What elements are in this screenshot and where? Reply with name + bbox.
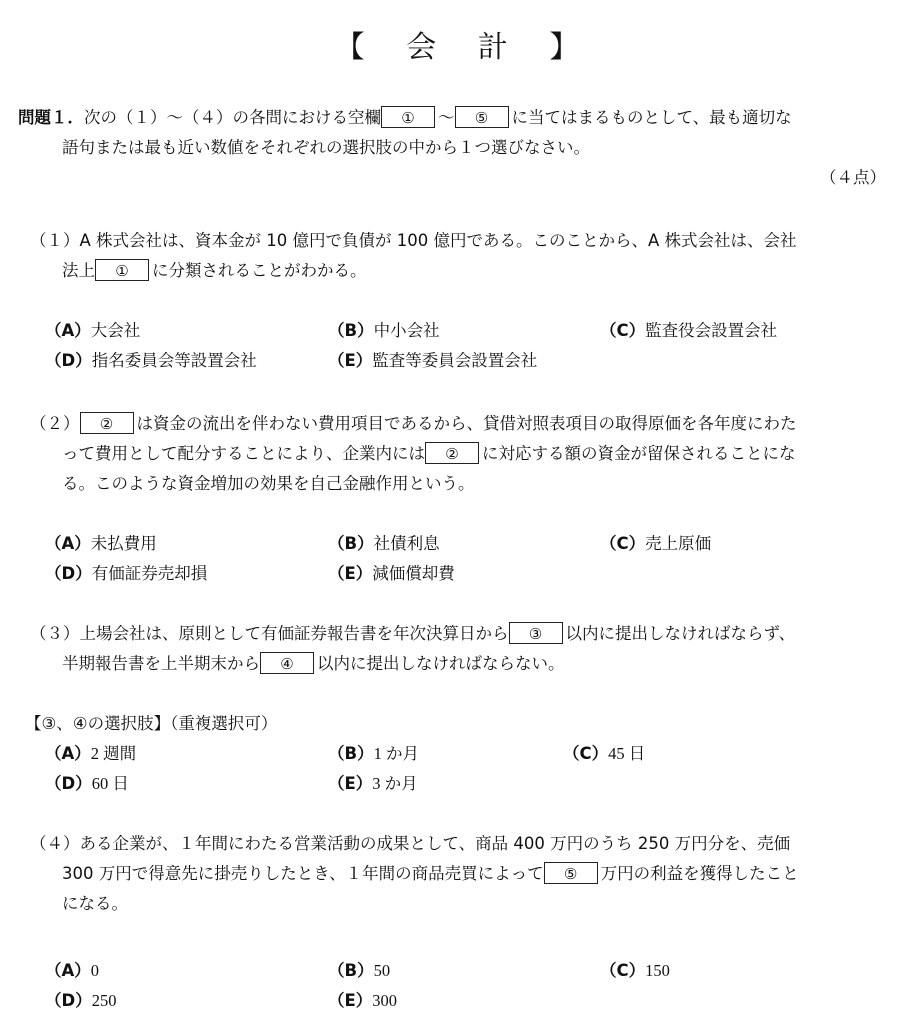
q1-option-b[interactable]: （B）中小会社	[328, 316, 440, 346]
q1-line1: （１）A 株式会社は、資本金が 10 億円で負債が 100 億円である。このこと…	[30, 226, 797, 256]
q2-option-d[interactable]: （D）有価証券売却損	[45, 559, 207, 589]
q2-line2: って費用として配分することにより、企業内には②に対応する額の資金が留保されること…	[62, 439, 796, 469]
q3-option-c[interactable]: （C）45 日	[563, 739, 645, 769]
q2-option-b[interactable]: （B）社債利息	[328, 529, 440, 559]
blank-3: ③	[509, 622, 563, 644]
q4-option-d[interactable]: （D）250	[45, 986, 116, 1016]
q1-option-e[interactable]: （E）監査等委員会設置会社	[328, 346, 537, 376]
q1-line2: 法上①に分類されることがわかる。	[62, 256, 367, 286]
title-char-1: 会	[406, 22, 438, 66]
question1-label: 問題１．	[18, 108, 84, 127]
q3-option-e[interactable]: （E）3 か月	[328, 769, 418, 799]
q4-option-b[interactable]: （B）50	[328, 956, 390, 986]
question1-instruction-line1: 問題１．次の（１）～（４）の各問における空欄①～⑤に当てはまるものとして、最も適…	[18, 103, 792, 133]
section-title: 【 会 計 】	[0, 22, 916, 66]
q4-line2: 300 万円で得意先に掛売りしたとき、１年間の商品売買によって⑤万円の利益を獲得…	[62, 859, 799, 889]
title-bracket-close: 】	[549, 22, 581, 66]
title-char-2: 計	[478, 22, 510, 66]
q3-line1: （３）上場会社は、原則として有価証券報告書を年次決算日から③以内に提出しなければ…	[30, 619, 795, 649]
blank-2: ②	[425, 442, 479, 464]
points-label: （４点）	[820, 163, 886, 193]
q3-option-a[interactable]: （A）2 週間	[45, 739, 136, 769]
q3-line2: 半期報告書を上半期末から④以内に提出しなければならない。	[62, 649, 565, 679]
q1-option-d[interactable]: （D）指名委員会等設置会社	[45, 346, 257, 376]
q4-option-a[interactable]: （A）0	[45, 956, 99, 986]
q1-option-a[interactable]: （A）大会社	[45, 316, 140, 346]
q4-option-c[interactable]: （C）150	[600, 956, 670, 986]
q3-option-b[interactable]: （B）1 か月	[328, 739, 419, 769]
q4-option-e[interactable]: （E）300	[328, 986, 397, 1016]
blank-2: ②	[80, 412, 134, 434]
blank-1: ①	[95, 259, 149, 281]
q3-option-d[interactable]: （D）60 日	[45, 769, 129, 799]
blank-5: ⑤	[455, 106, 509, 128]
q2-line3: る。このような資金増加の効果を自己金融作用という。	[62, 469, 475, 499]
q1-option-c[interactable]: （C）監査役会設置会社	[600, 316, 777, 346]
title-bracket-open: 【	[335, 22, 367, 66]
q4-line3: になる。	[62, 889, 128, 919]
q4-line1: （４）ある企業が、１年間にわたる営業活動の成果として、商品 400 万円のうち …	[30, 829, 790, 859]
q2-option-c[interactable]: （C）売上原価	[600, 529, 711, 559]
question1-instruction-line2: 語句または最も近い数値をそれぞれの選択肢の中から１つ選びなさい。	[62, 133, 590, 163]
q2-option-a[interactable]: （A）未払費用	[45, 529, 157, 559]
q3-choices-header: 【③、④の選択肢】（重複選択可）	[25, 709, 277, 739]
blank-4: ④	[260, 652, 314, 674]
blank-1: ①	[381, 106, 435, 128]
q2-option-e[interactable]: （E）減価償却費	[328, 559, 455, 589]
q2-line1: （２）②は資金の流出を伴わない費用項目であるから、貸借対照表項目の取得原価を各年…	[30, 409, 797, 439]
blank-5: ⑤	[544, 862, 598, 884]
